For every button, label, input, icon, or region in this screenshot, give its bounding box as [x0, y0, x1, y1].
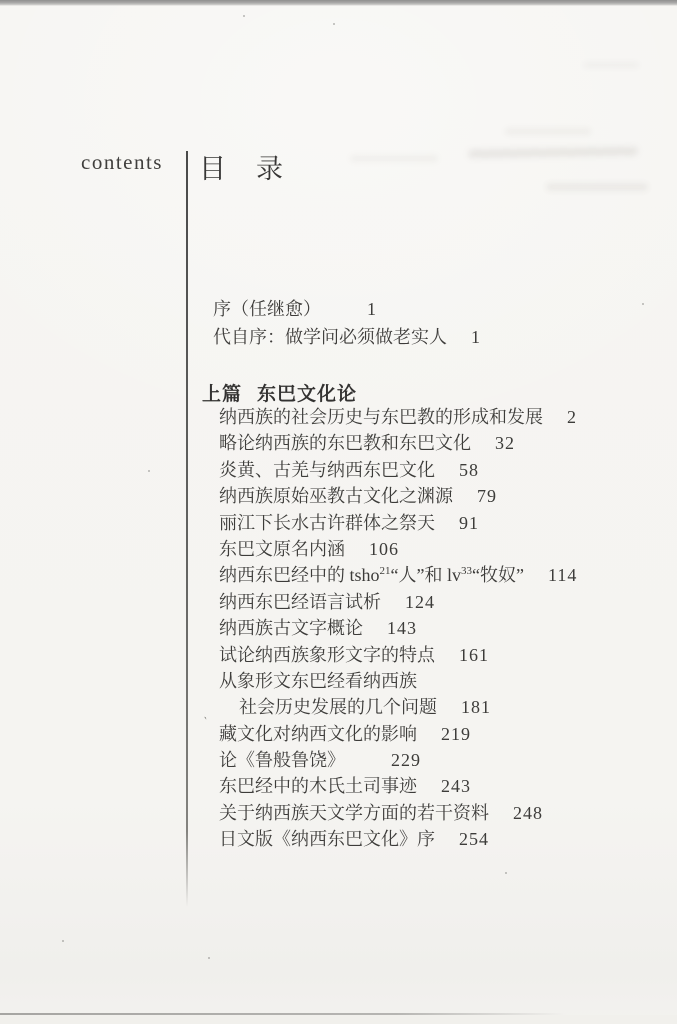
scan-speck — [208, 957, 210, 959]
toc-entry: 略论纳西族的东巴教和东巴文化32 — [219, 430, 659, 456]
entry-title: 关于纳西族天文学方面的若干资料 — [219, 803, 489, 823]
front-matter-entry: 序（任继愈）1 — [213, 296, 481, 324]
front-matter-list: 序（任继愈）1代自序：做学问必须做老实人1 — [213, 296, 481, 351]
toc-entry: 纳西东巴经中的 tsho21“人”和 lv33“牧奴”114 — [219, 562, 659, 588]
page-title-char-1: 目 — [199, 154, 226, 184]
entry-title: 东巴文原名内涵 — [219, 539, 345, 559]
bleed-through-smudge — [546, 183, 648, 191]
toc-entry: 论《鲁般鲁饶》229 — [219, 747, 659, 773]
entry-page-number: 229 — [391, 750, 421, 770]
section-header: 上篇东巴文化论 — [202, 379, 357, 406]
scan-speck — [62, 940, 64, 942]
vertical-divider-rule — [186, 151, 188, 907]
toc-entry: 试论纳西族象形文字的特点161 — [219, 642, 659, 668]
entry-title: 纳西族古文字概论 — [219, 618, 363, 638]
entry-title: 论《鲁般鲁饶》 — [219, 750, 345, 770]
page-title: 目录 — [199, 147, 283, 186]
entry-page-number: 32 — [495, 433, 515, 453]
entry-page-number: 58 — [459, 460, 479, 480]
entry-page-number: 2 — [567, 407, 577, 427]
scan-speck — [333, 23, 335, 25]
toc-entry: 东巴文原名内涵106 — [219, 536, 659, 562]
entry-title: 社会历史发展的几个问题 — [239, 697, 437, 717]
toc-entry: 东巴经中的木氏土司事迹243 — [219, 773, 659, 799]
toc-entry: 纳西东巴经语言试析124 — [219, 589, 659, 615]
entry-page-number: 254 — [459, 829, 489, 849]
entry-title: 从象形文东巴经看纳西族 — [219, 671, 417, 691]
entry-title: 日文版《纳西东巴文化》序 — [219, 829, 435, 849]
entry-title: 炎黄、古羌与纳西东巴文化 — [219, 460, 435, 480]
entry-title: 纳西族的社会历史与东巴教的形成和发展 — [219, 407, 543, 427]
stray-ink-mark: ` — [200, 714, 209, 731]
entry-title: 丽江下长水古许群体之祭天 — [219, 513, 435, 533]
toc-entry: 关于纳西族天文学方面的若干资料248 — [219, 800, 659, 826]
entry-page-number: 181 — [461, 697, 491, 717]
entry-title: 纳西族原始巫教古文化之渊源 — [219, 486, 453, 506]
bleed-through-smudge — [350, 155, 438, 162]
bleed-through-smudge — [505, 128, 591, 135]
contents-english-label: contents — [81, 150, 163, 175]
toc-entry: 日文版《纳西东巴文化》序254 — [219, 826, 659, 852]
entry-page-number: 106 — [369, 539, 399, 559]
section-title: 东巴文化论 — [257, 384, 357, 405]
entry-title: 纳西东巴经中的 tsho21“人”和 lv33“牧奴” — [219, 565, 524, 585]
entry-page-number: 243 — [441, 776, 471, 796]
front-matter-entry: 代自序：做学问必须做老实人1 — [213, 324, 481, 352]
entry-title: 序（任继愈） — [213, 299, 321, 319]
entry-page-number: 248 — [513, 803, 543, 823]
entry-page-number: 219 — [441, 724, 471, 744]
scan-speck — [243, 15, 245, 17]
toc-entry: 纳西族的社会历史与东巴教的形成和发展2 — [219, 404, 659, 430]
toc-entry: 社会历史发展的几个问题181 — [219, 694, 659, 720]
toc-entry: 藏文化对纳西文化的影响219 — [219, 721, 659, 747]
scanned-toc-page: contents 目录 序（任继愈）1代自序：做学问必须做老实人1 上篇东巴文化… — [0, 0, 677, 1024]
entry-page-number: 1 — [367, 299, 377, 319]
toc-entry: 纳西族原始巫教古文化之渊源79 — [219, 483, 659, 509]
entry-title: 代自序：做学问必须做老实人 — [213, 327, 447, 347]
entry-title: 试论纳西族象形文字的特点 — [219, 645, 435, 665]
page-title-char-2: 录 — [256, 154, 283, 184]
toc-entry-list: 纳西族的社会历史与东巴教的形成和发展2略论纳西族的东巴教和东巴文化32炎黄、古羌… — [219, 404, 659, 853]
entry-page-number: 114 — [548, 565, 577, 585]
scan-speck — [505, 872, 507, 874]
entry-page-number: 124 — [405, 592, 435, 612]
section-label: 上篇 — [202, 384, 242, 405]
scan-speck — [642, 303, 644, 305]
entry-page-number: 143 — [387, 618, 417, 638]
entry-title: 藏文化对纳西文化的影响 — [219, 724, 417, 744]
entry-title: 略论纳西族的东巴教和东巴文化 — [219, 433, 471, 453]
entry-page-number: 1 — [471, 327, 481, 347]
entry-page-number: 161 — [459, 645, 489, 665]
scan-edge-top — [0, 0, 677, 6]
bleed-through-smudge — [583, 62, 639, 68]
bleed-through-smudge — [468, 147, 638, 159]
scan-speck — [148, 470, 150, 472]
entry-page-number: 79 — [477, 486, 497, 506]
toc-entry: 纳西族古文字概论143 — [219, 615, 659, 641]
entry-title: 纳西东巴经语言试析 — [219, 592, 381, 612]
toc-entry: 丽江下长水古许群体之祭天91 — [219, 510, 659, 536]
scan-edge-bottom — [0, 1015, 677, 1024]
entry-page-number: 91 — [459, 513, 479, 533]
entry-title: 东巴经中的木氏土司事迹 — [219, 776, 417, 796]
toc-entry: 炎黄、古羌与纳西东巴文化58 — [219, 457, 659, 483]
toc-entry: 从象形文东巴经看纳西族 — [219, 668, 659, 694]
